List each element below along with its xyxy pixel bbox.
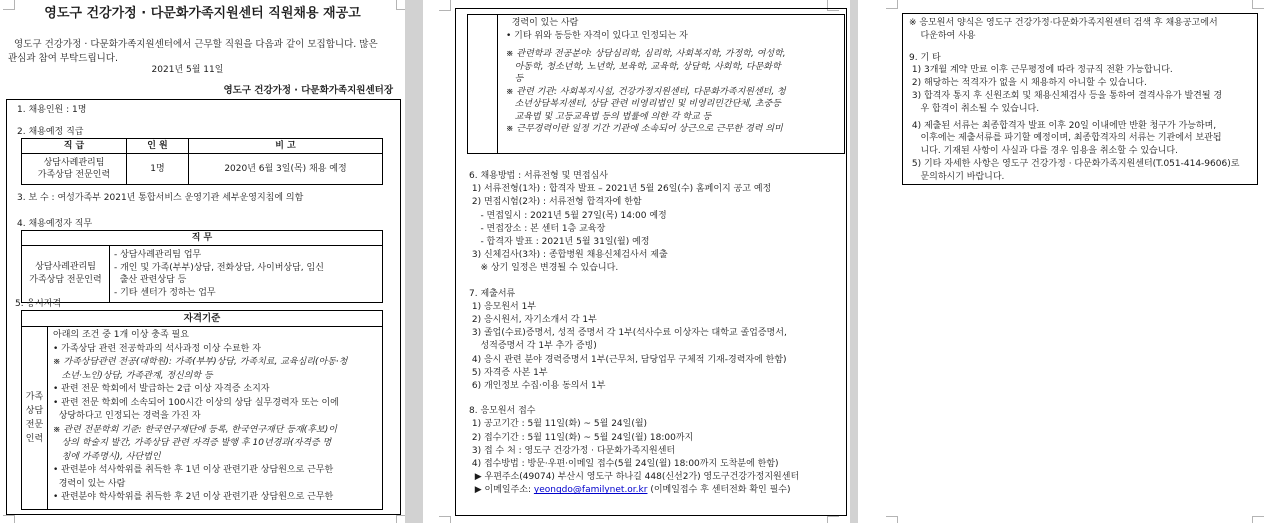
qualification-bullet: • 기타 위와 동등한 자격이 있다고 인정되는 자 [506,30,840,43]
qualification-note: ※ 관련 기관: 사회복지시설, 건강가정지원센터, 다문화가족지원센터, 청 … [506,86,840,124]
page-corner-mark [886,0,898,9]
page-gap [405,0,423,523]
section-8: 8. 응모원서 접수 1) 공고기간 : 5월 11일(화) ~ 5월 24일(… [469,405,835,497]
position-table-header-count: 인 원 [127,139,189,154]
email-label: ▶ 이메일주소: [469,485,534,495]
qualification-bullet: • 관련분야 석사학위를 취득한 후 1년 이상 관련기관 상담원으로 근무한 … [53,464,378,491]
section-9-item: 3) 합격자 통지 후 신원조회 및 채용신체검사 등을 통하여 결격사유가 발… [909,90,1251,116]
email-hyperlink[interactable]: yeongdo@familynet.or.kr [534,485,648,495]
main-content-box-end: ※ 응모원서 양식은 영도구 건강가정·다문화가족지원센터 검색 후 채용공고에… [902,13,1258,185]
qualification-row-label-empty [468,15,498,153]
position-table-cell-count: 1명 [127,154,189,184]
section-3-heading: 3. 보 수 : 여성가족부 2021년 통합서비스 운영기관 세부운영지침에 … [17,192,303,205]
section-1-heading: 1. 채용인원 : 1명 [17,104,86,117]
duty-table-header: 직 무 [22,231,382,246]
qualification-bullet: • 관련 전문 학회에 소속되어 100시간 이상의 상담 실무경력자 또는 이… [53,397,378,424]
qualification-table-header: 자격기준 [22,311,382,327]
position-table-header-grade: 직 급 [22,139,127,154]
main-content-box: 1. 채용인원 : 1명 2. 채용예정 직급 직 급 인 원 비 고 상담사례… [6,99,401,515]
duty-table-cell-role: 상담사례관리팀 가족상담 전문인력 [22,246,110,302]
page-corner-mark [396,515,405,523]
qualification-bullet: • 관련분야 학사학위를 취득한 후 2년 이상 관련기관 상담원으로 근무한 [53,491,378,505]
duty-table-cell-duties: - 상담사례관리팀 업무 - 개인 및 가족(부부)상담, 전화상담, 사이버상… [110,246,382,302]
section-8-heading: 8. 응모원서 접수 [469,405,835,418]
intro-paragraph: 영도구 건강가정 · 다문화가족지원센터에서 근무할 직원을 다음과 같이 모집… [8,38,399,66]
document-page-3: ※ 응모원서 양식은 영도구 건강가정·다문화가족지원센터 검색 후 채용공고에… [858,0,1270,523]
section-9-heading: 9. 기 타 [909,52,1251,65]
qualification-row-label: 가족 상담 전문 인력 [22,327,48,509]
section-6: 6. 채용방법 : 서류전형 및 면접심사 1) 서류전형(1차) : 합격자 … [469,170,835,276]
section-7-heading: 7. 제출서류 [469,288,835,301]
qualification-bullet-continued: 경력이 있는 사람 [506,17,840,30]
document-page-2: 경력이 있는 사람 • 기타 위와 동등한 자격이 있다고 인정되는 자 ※ 관… [423,0,850,523]
section-6-heading: 6. 채용방법 : 서류전형 및 면접심사 [469,170,835,183]
document-canvas: { "colors": { "canvas_bg": "#d2d2d2", "p… [0,0,1270,523]
position-table-cell-grade: 상담사례관리팀 가족상담 전문인력 [22,154,127,184]
qualification-note: ※ 가족상담관련 전공(대학원): 가족(부부)상담, 가족치료, 교육심리(아… [53,356,378,383]
section-9-item: 5) 기타 자세한 사항은 영도구 건강가정 · 다문화가족지원센터(T.051… [909,158,1251,184]
qualification-note: ※ 관련 전문학회 기준: 한국연구재단에 등록, 한국연구재단 등재(후보)이… [53,424,378,465]
page-corner-mark [827,516,839,523]
position-table-header-note: 비 고 [189,139,382,154]
qualification-note: ※ 관련학과 전공분야: 상담심리학, 심리학, 사회복지학, 가정학, 여성학… [506,48,840,86]
sections-6-7-8: 6. 채용방법 : 서류전형 및 면접심사 1) 서류전형(1차) : 합격자 … [469,170,835,510]
section-7-body: 1) 응모원서 1부 2) 응시원서, 자기소개서 각 1부 3) 졸업(수료)… [469,301,835,393]
email-line: ▶ 이메일주소: yeongdo@familynet.or.kr (이메일접수 … [469,484,835,497]
page-corner-mark [439,0,451,11]
signature-line: 영도구 건강가정 · 다문화가족지원센터장 [223,84,393,97]
document-page-1: 영도구 건강가정 · 다문화가족지원센터 직원채용 재공고 영도구 건강가정 ·… [0,0,405,523]
section-6-body: 1) 서류전형(1차) : 합격자 발표 – 2021년 5월 26일(수) 홈… [469,183,835,275]
section-9-item: 1) 3개월 계약 만료 이후 근무평정에 따라 정규직 전환 가능합니다. [909,64,1251,77]
page-corner-mark [3,515,15,523]
section-9-item: 2) 해당하는 적격자가 없을 시 채용하지 아니할 수 있습니다. [909,77,1251,90]
qualification-requirement: 아래의 조건 중 1개 이상 충족 필요 [53,329,378,343]
position-table: 직 급 인 원 비 고 상담사례관리팀 가족상담 전문인력 1명 2020년 6… [21,138,383,185]
section-9-item: 4) 제출된 서류는 최종합격자 발표 이후 20일 이내에만 반환 청구가 가… [909,120,1251,158]
qualification-table-continued: 경력이 있는 사람 • 기타 위와 동등한 자격이 있다고 인정되는 자 ※ 관… [467,14,845,154]
page-corner-mark [1252,0,1264,9]
page-title: 영도구 건강가정 · 다문화가족지원센터 직원채용 재공고 [0,6,405,22]
announcement-date: 2021년 5월 11일 [0,64,375,77]
duty-table: 직 무 상담사례관리팀 가족상담 전문인력 - 상담사례관리팀 업무 - 개인 … [21,230,383,303]
qualification-bullet: • 가족상담 관련 전공학과의 석사과정 이상 수료한 자 [53,343,378,357]
qualification-note: ※ 근무경력이란 일정 기간 기관에 소속되어 상근으로 근무한 경력 의미 [506,123,840,136]
application-form-note: ※ 응모원서 양식은 영도구 건강가정·다문화가족지원센터 검색 후 채용공고에… [909,17,1251,43]
position-table-cell-note: 2020년 6월 3일(목) 채용 예정 [189,154,382,184]
email-note: (이메일접수 후 센터전화 확인 필수) [647,485,790,495]
page-corner-mark [439,516,451,523]
qualification-table: 자격기준 가족 상담 전문 인력 아래의 조건 중 1개 이상 충족 필요 • … [21,310,383,510]
section-8-body: 1) 공고기간 : 5월 11일(화) ~ 5월 24일(월) 2) 접수기간 … [469,418,835,484]
page-corner-mark [1252,516,1264,523]
qualification-bullet: • 관련 전문 학회에서 발급하는 2급 이상 자격증 소지자 [53,383,378,397]
section-7: 7. 제출서류 1) 응모원서 1부 2) 응시원서, 자기소개서 각 1부 3… [469,288,835,394]
page-gap [850,0,858,523]
page-corner-mark [886,516,898,523]
